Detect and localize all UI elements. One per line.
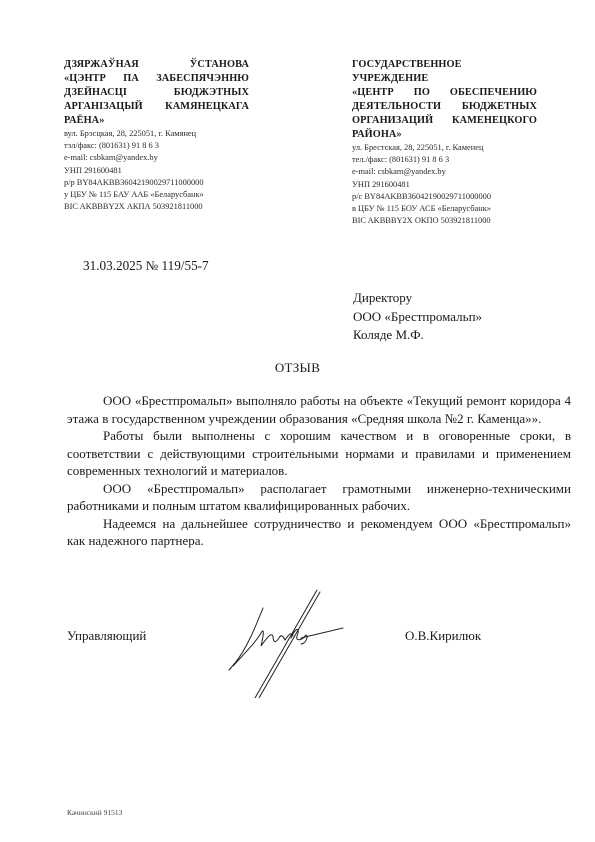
paragraph: ООО «Брестпромальп» выполняло работы на … (67, 392, 571, 427)
org-name-line: АРГАНІЗАЦЫЙ КАМЯНЕЦКАГА (64, 100, 249, 114)
paragraph: ООО «Брестпромальп» располагает грамотны… (67, 480, 571, 515)
org-name-line: ГОСУДАРСТВЕННОЕ УЧРЕЖДЕНИЕ (352, 58, 537, 86)
paragraph: Работы были выполнены с хорошим качество… (67, 427, 571, 480)
bank-branch: в ЦБУ № 115 БОУ АСБ «Беларусбанк» (352, 203, 537, 215)
address: вул. Брэсцкая, 28, 225051, г. Камянец (64, 128, 249, 140)
unp: УНП 291600481 (64, 165, 249, 177)
handwritten-signature-icon (225, 588, 345, 698)
org-name-line: «ЦЭНТР ПА ЗАБЕСПЯЧЭННЮ (64, 72, 249, 86)
org-name-line: РАЁНА» (64, 114, 249, 128)
phone-fax: тел./факс: (801631) 91 8 6 3 (352, 154, 537, 166)
signer-position: Управляющий (67, 628, 146, 644)
letter-body: ООО «Брестпромальп» выполняло работы на … (67, 392, 571, 550)
addressee-position: Директору (353, 289, 482, 308)
bank-account: р/р BY84AKBB36042190029711000000 (64, 177, 249, 189)
organization-details-ru: ул. Брестская, 28, 225051, г. Каменец те… (352, 142, 537, 227)
email: e-mail: csbkam@yandex.by (64, 152, 249, 164)
org-name-line: ДЗЯРЖАЎНАЯ ЎСТАНОВА (64, 58, 249, 72)
org-name-line: ДЗЕЙНАСЦІ БЮДЖЭТНЫХ (64, 86, 249, 100)
org-name-line: «ЦЕНТР ПО ОБЕСПЕЧЕНИЮ (352, 86, 537, 100)
email: e-mail: csbkam@yandex.by (352, 166, 537, 178)
addressee-block: Директору ООО «Брестпромальп» Коляде М.Ф… (353, 289, 482, 345)
addressee-company: ООО «Брестпромальп» (353, 308, 482, 327)
organization-name-by: ДЗЯРЖАЎНАЯ ЎСТАНОВА «ЦЭНТР ПА ЗАБЕСПЯЧЭН… (64, 58, 249, 128)
executor-footer: Качинский 91513 (67, 808, 122, 817)
registration-number: 31.03.2025 № 119/55-7 (83, 258, 209, 274)
unp: УНП 291600481 (352, 179, 537, 191)
address: ул. Брестская, 28, 225051, г. Каменец (352, 142, 537, 154)
bank-branch: у ЦБУ № 115 БАУ ААБ «Беларусбанк» (64, 189, 249, 201)
document-title: ОТЗЫВ (0, 360, 595, 376)
org-name-line: ДЕЯТЕЛЬНОСТИ БЮДЖЕТНЫХ (352, 100, 537, 114)
org-name-line: РАЙОНА» (352, 128, 537, 142)
organization-name-ru: ГОСУДАРСТВЕННОЕ УЧРЕЖДЕНИЕ «ЦЕНТР ПО ОБЕ… (352, 58, 537, 142)
signer-name: О.В.Кирилюк (405, 628, 481, 644)
header-right-russian: ГОСУДАРСТВЕННОЕ УЧРЕЖДЕНИЕ «ЦЕНТР ПО ОБЕ… (352, 58, 537, 227)
org-name-line: ОРГАНИЗАЦИЙ КАМЕНЕЦКОГО (352, 114, 537, 128)
organization-details-by: вул. Брэсцкая, 28, 225051, г. Камянец тэ… (64, 128, 249, 213)
addressee-name: Коляде М.Ф. (353, 326, 482, 345)
phone-fax: тэл/факс: (801631) 91 8 6 3 (64, 140, 249, 152)
bank-account: р/с BY84AKBB36042190029711000000 (352, 191, 537, 203)
bic: BIC AKBBBY2X АКПА 503921811000 (64, 201, 249, 213)
bic: BIC AKBBBY2X ОКПО 503921811000 (352, 215, 537, 227)
paragraph: Надеемся на дальнейшее сотрудничество и … (67, 515, 571, 550)
header-left-belarusian: ДЗЯРЖАЎНАЯ ЎСТАНОВА «ЦЭНТР ПА ЗАБЕСПЯЧЭН… (64, 58, 249, 213)
